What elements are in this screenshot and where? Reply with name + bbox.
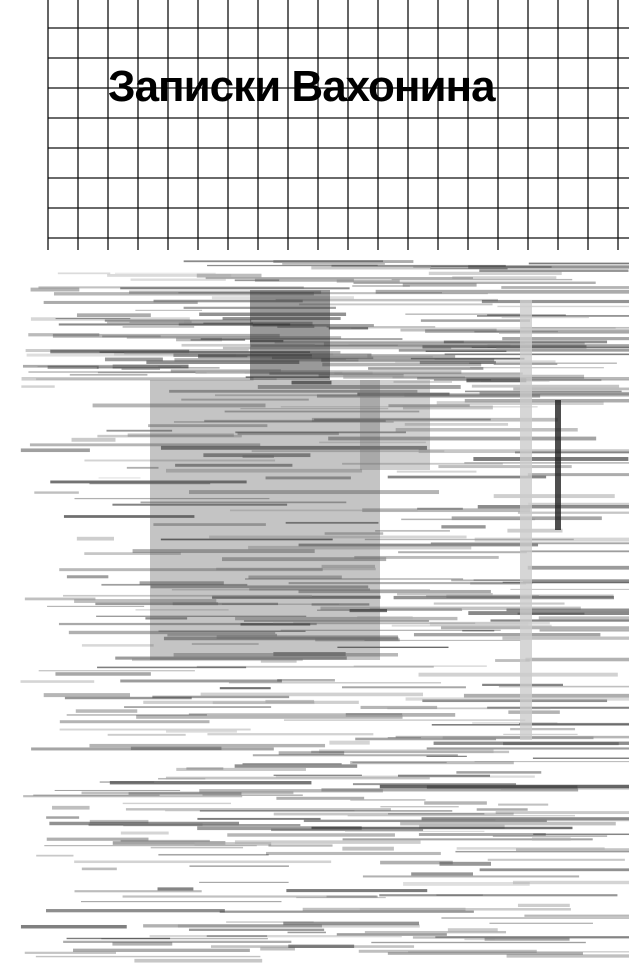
illustration-man-at-window: [0, 0, 629, 966]
